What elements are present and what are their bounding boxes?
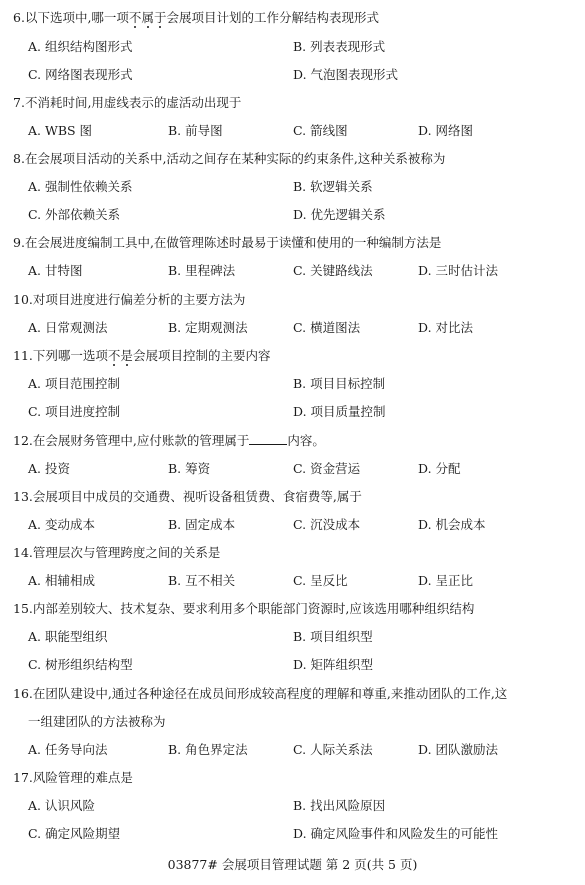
option-a: A. 强制性依赖关系 <box>28 177 132 197</box>
option-a: A. 任务导向法 <box>28 740 107 760</box>
option-b: B. 筹资 <box>168 459 210 479</box>
option-a: A. 甘特图 <box>28 261 82 281</box>
question-number: 14. <box>13 545 33 560</box>
question-17: 17.风险管理的难点是 <box>13 768 133 788</box>
option-d: D. 网络图 <box>418 121 473 141</box>
option-b: B. 项目组织型 <box>293 627 373 647</box>
option-c: C. 沉没成本 <box>293 515 360 535</box>
emphasis-mark: 于 <box>154 10 167 25</box>
question-number: 6. <box>13 10 25 25</box>
option-c: C. 树形组织结构型 <box>28 655 133 675</box>
question-text: 在会展项目活动的关系中,活动之间存在某种实际的约束条件,这种关系被称为 <box>25 151 445 166</box>
option-a: A. 投资 <box>28 459 70 479</box>
question-16: 16.在团队建设中,通过各种途径在成员间形成较高程度的理解和尊重,来推动团队的工… <box>13 684 507 704</box>
question-text: 风险管理的难点是 <box>33 770 133 785</box>
option-c: C. 人际关系法 <box>293 740 373 760</box>
emphasis-mark: 不 <box>129 10 142 25</box>
option-a: A. 项目范围控制 <box>28 374 120 394</box>
question-12: 12.在会展财务管理中,应付账款的管理属于内容。 <box>13 431 325 451</box>
emphasis-mark: 属 <box>141 10 154 25</box>
option-d: D. 项目质量控制 <box>293 402 386 422</box>
page-footer: 03877# 会展项目管理试题 第 2 页(共 5 页) <box>0 855 585 875</box>
question-text: 会展项目中成员的交通费、视听设备租赁费、食宿费等,属于 <box>33 489 362 504</box>
question-14: 14.管理层次与管理跨度之间的关系是 <box>13 543 220 563</box>
option-b: B. 固定成本 <box>168 515 235 535</box>
option-b: B. 里程碑法 <box>168 261 235 281</box>
emphasis-mark: 是 <box>120 348 133 363</box>
question-text: 在团队建设中,通过各种途径在成员间形成较高程度的理解和尊重,来推动团队的工作,这 <box>33 686 507 701</box>
question-number: 13. <box>13 489 33 504</box>
option-a: A. WBS 图 <box>28 121 92 141</box>
question-16-continued: 一组建团队的方法被称为 <box>28 712 166 732</box>
option-d: D. 优先逻辑关系 <box>293 205 386 225</box>
question-text: 在会展进度编制工具中,在做管理陈述时最易于读懂和使用的一种编制方法是 <box>25 235 441 250</box>
option-a: A. 相辅相成 <box>28 571 95 591</box>
question-text: 内容。 <box>287 433 325 448</box>
option-d: D. 团队激励法 <box>418 740 498 760</box>
question-10: 10.对项目进度进行偏差分析的主要方法为 <box>13 290 245 310</box>
option-c: C. 资金营运 <box>293 459 360 479</box>
question-7: 7.不消耗时间,用虚线表示的虚活动出现于 <box>13 93 241 113</box>
option-b: B. 互不相关 <box>168 571 235 591</box>
option-b: B. 项目目标控制 <box>293 374 385 394</box>
question-number: 9. <box>13 235 25 250</box>
question-text: 对项目进度进行偏差分析的主要方法为 <box>33 292 246 307</box>
question-text: 不消耗时间,用虚线表示的虚活动出现于 <box>25 95 241 110</box>
option-d: D. 确定风险事件和风险发生的可能性 <box>293 824 498 844</box>
option-a: A. 职能型组织 <box>28 627 107 647</box>
question-number: 17. <box>13 770 33 785</box>
fill-in-blank <box>249 431 287 445</box>
option-a: A. 组织结构图形式 <box>28 37 132 57</box>
question-text: 在会展财务管理中,应付账款的管理属于 <box>33 433 249 448</box>
option-a: A. 日常观测法 <box>28 318 107 338</box>
option-b: B. 定期观测法 <box>168 318 248 338</box>
option-c: C. 外部依赖关系 <box>28 205 120 225</box>
question-number: 15. <box>13 601 33 616</box>
question-number: 12. <box>13 433 33 448</box>
option-b: B. 前导图 <box>168 121 223 141</box>
option-a: A. 认识风险 <box>28 796 95 816</box>
question-6: 6.以下选项中,哪一项不属于会展项目计划的工作分解结构表现形式 <box>13 8 379 28</box>
option-c: C. 项目进度控制 <box>28 402 120 422</box>
question-text: 内部差别较大、技术复杂、要求利用多个职能部门资源时,应该选用哪种组织结构 <box>33 601 474 616</box>
option-c: C. 确定风险期望 <box>28 824 120 844</box>
option-d: D. 三时估计法 <box>418 261 498 281</box>
option-d: D. 矩阵组织型 <box>293 655 373 675</box>
option-c: C. 关键路线法 <box>293 261 373 281</box>
question-text: 下列哪一选项 <box>33 348 108 363</box>
option-d: D. 对比法 <box>418 318 473 338</box>
emphasis-mark: 不 <box>108 348 121 363</box>
question-text: 会展项目控制的主要内容 <box>133 348 271 363</box>
option-a: A. 变动成本 <box>28 515 95 535</box>
question-number: 10. <box>13 292 33 307</box>
question-11: 11.下列哪一选项不是会展项目控制的主要内容 <box>13 346 270 366</box>
question-text: 会展项目计划的工作分解结构表现形式 <box>166 10 379 25</box>
question-8: 8.在会展项目活动的关系中,活动之间存在某种实际的约束条件,这种关系被称为 <box>13 149 445 169</box>
question-number: 11. <box>13 348 33 363</box>
option-d: D. 分配 <box>418 459 461 479</box>
question-text: 以下选项中,哪一项 <box>25 10 129 25</box>
option-b: B. 角色界定法 <box>168 740 248 760</box>
question-number: 7. <box>13 95 25 110</box>
option-b: B. 列表表现形式 <box>293 37 385 57</box>
option-c: C. 网络图表现形式 <box>28 65 133 85</box>
option-d: D. 气泡图表现形式 <box>293 65 398 85</box>
question-text: 管理层次与管理跨度之间的关系是 <box>33 545 221 560</box>
question-number: 8. <box>13 151 25 166</box>
question-15: 15.内部差别较大、技术复杂、要求利用多个职能部门资源时,应该选用哪种组织结构 <box>13 599 474 619</box>
question-13: 13.会展项目中成员的交通费、视听设备租赁费、食宿费等,属于 <box>13 487 362 507</box>
option-d: D. 呈正比 <box>418 571 473 591</box>
option-b: B. 找出风险原因 <box>293 796 385 816</box>
question-9: 9.在会展进度编制工具中,在做管理陈述时最易于读懂和使用的一种编制方法是 <box>13 233 441 253</box>
option-c: C. 箭线图 <box>293 121 348 141</box>
option-c: C. 横道图法 <box>293 318 360 338</box>
option-b: B. 软逻辑关系 <box>293 177 373 197</box>
option-d: D. 机会成本 <box>418 515 486 535</box>
option-c: C. 呈反比 <box>293 571 348 591</box>
question-number: 16. <box>13 686 33 701</box>
